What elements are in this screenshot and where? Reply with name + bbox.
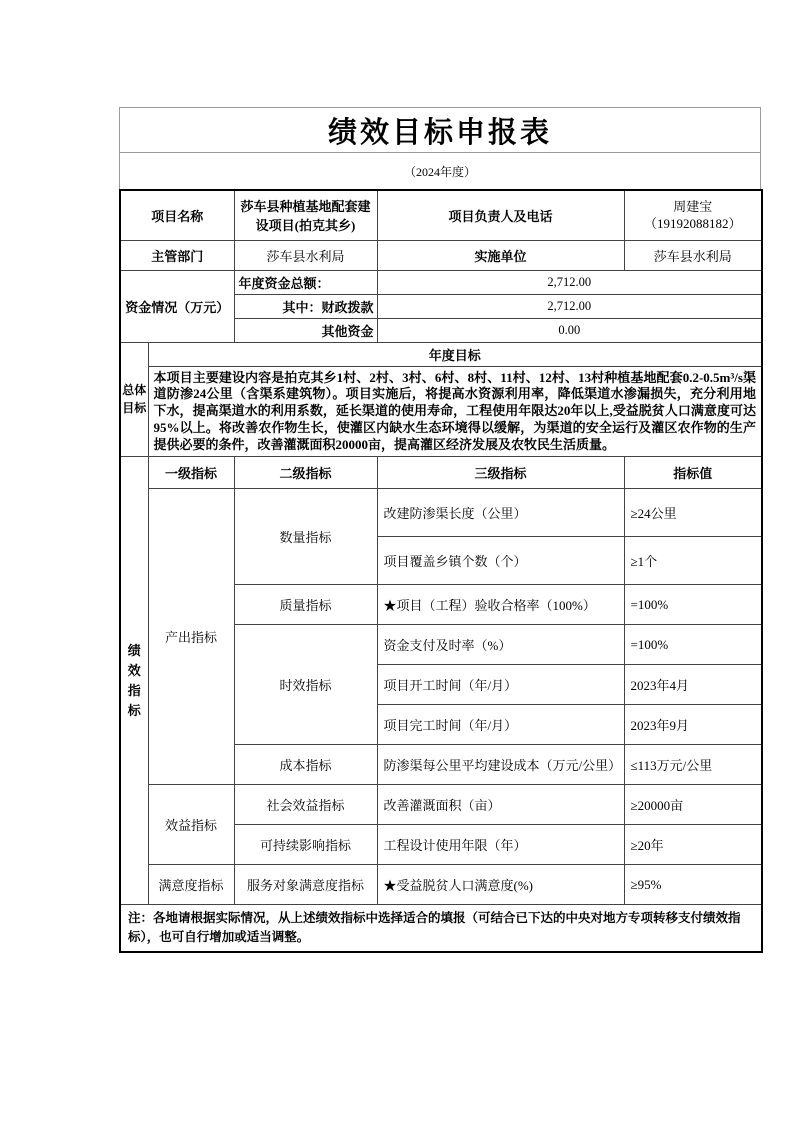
funding-row-total: 资金情况（万元） 年度资金总额： 2,712.00 — [120, 270, 762, 294]
level2-indicator-cell: 成本指标 — [234, 745, 377, 785]
level3-indicator-cell: 项目完工时间（年/月） — [377, 705, 624, 745]
project-name-label: 项目名称 — [120, 190, 234, 240]
indicator-value-cell: ≤113万元/公里 — [624, 745, 762, 785]
level2-indicator-cell: 时效指标 — [234, 625, 377, 745]
level2-indicator-cell: 服务对象满意度指标 — [234, 865, 377, 905]
annual-goal-header: 年度目标 — [148, 342, 762, 366]
indicator-value-cell: ≥24公里 — [624, 489, 762, 537]
fiscal-allocation-label: 其中：财政拨款 — [234, 294, 377, 318]
indicator-value-header: 指标值 — [624, 457, 762, 489]
fiscal-allocation-value: 2,712.00 — [377, 294, 762, 318]
project-name-row: 项目名称 莎车县种植基地配套建设项目(拍克其乡) 项目负责人及电话 周建宝 （1… — [120, 190, 762, 240]
project-manager-label: 项目负责人及电话 — [377, 190, 624, 240]
implement-unit-value: 莎车县水利局 — [624, 240, 762, 270]
level3-indicator-cell: ★项目（工程）验收合格率（100%） — [377, 585, 624, 625]
performance-indicator-side-label: 绩效指标 — [120, 457, 148, 905]
page: { "page": { "title": "绩效目标申报表", "year": … — [0, 0, 793, 1122]
indicator-row: 产出指标 数量指标 改建防渗渠长度（公里） ≥24公里 — [120, 489, 762, 537]
note-text: 注：各地请根据实际情况，从上述绩效指标中选择适合的填报（可结合已下达的中央对地方… — [120, 905, 762, 952]
department-value: 莎车县水利局 — [234, 240, 377, 270]
indicator-row: 满意度指标 服务对象满意度指标 ★受益脱贫人口满意度(%) ≥95% — [120, 865, 762, 905]
level2-indicator-cell: 可持续影响指标 — [234, 825, 377, 865]
declaration-table: 项目名称 莎车县种植基地配套建设项目(拍克其乡) 项目负责人及电话 周建宝 （1… — [119, 189, 763, 953]
declaration-form: 绩效目标申报表 （2024年度） 项目名称 莎车县种植基地配套建设项目(拍克其乡… — [119, 107, 761, 953]
annual-total-value: 2,712.00 — [377, 270, 762, 294]
level3-indicator-cell: 资金支付及时率（%） — [377, 625, 624, 665]
level1-indicator-header: 一级指标 — [148, 457, 234, 489]
other-funds-label: 其他资金 — [234, 318, 377, 342]
funding-section-label: 资金情况（万元） — [120, 270, 234, 342]
annual-goal-text: 本项目主要建设内容是拍克其乡1村、2村、3村、6村、8村、11村、12村、13村… — [148, 366, 762, 457]
form-title: 绩效目标申报表 — [120, 108, 760, 153]
indicator-value-cell: ≥20000亩 — [624, 785, 762, 825]
indicator-value-cell: ≥20年 — [624, 825, 762, 865]
form-year: （2024年度） — [120, 153, 760, 189]
level1-indicator-cell: 产出指标 — [148, 489, 234, 785]
level3-indicator-header: 三级指标 — [377, 457, 624, 489]
indicator-header-row: 绩效指标 一级指标 二级指标 三级指标 指标值 — [120, 457, 762, 489]
level3-indicator-cell: 改建防渗渠长度（公里） — [377, 489, 624, 537]
level3-indicator-cell: 项目开工时间（年/月） — [377, 665, 624, 705]
level2-indicator-cell: 质量指标 — [234, 585, 377, 625]
project-manager-value: 周建宝 （19192088182） — [624, 190, 762, 240]
overall-goal-side-label: 总体目标 — [120, 342, 148, 457]
level2-indicator-header: 二级指标 — [234, 457, 377, 489]
level1-indicator-cell: 效益指标 — [148, 785, 234, 865]
level3-indicator-cell: 项目覆盖乡镇个数（个） — [377, 537, 624, 585]
note-row: 注：各地请根据实际情况，从上述绩效指标中选择适合的填报（可结合已下达的中央对地方… — [120, 905, 762, 952]
annual-total-label: 年度资金总额： — [234, 270, 377, 294]
department-row: 主管部门 莎车县水利局 实施单位 莎车县水利局 — [120, 240, 762, 270]
manager-name: 周建宝 — [628, 198, 759, 216]
level2-indicator-cell: 社会效益指标 — [234, 785, 377, 825]
level3-indicator-cell: 改善灌溉面积（亩） — [377, 785, 624, 825]
level3-indicator-cell: 防渗渠每公里平均建设成本（万元/公里） — [377, 745, 624, 785]
level3-indicator-cell: ★受益脱贫人口满意度(%) — [377, 865, 624, 905]
indicator-value-cell: ≥95% — [624, 865, 762, 905]
title-block: 绩效目标申报表 （2024年度） — [119, 107, 761, 189]
project-name-value: 莎车县种植基地配套建设项目(拍克其乡) — [234, 190, 377, 240]
indicator-value-cell: =100% — [624, 625, 762, 665]
indicator-value-cell: =100% — [624, 585, 762, 625]
implement-unit-label: 实施单位 — [377, 240, 624, 270]
indicator-value-cell: 2023年9月 — [624, 705, 762, 745]
indicator-value-cell: ≥1个 — [624, 537, 762, 585]
indicator-value-cell: 2023年4月 — [624, 665, 762, 705]
annual-goal-header-row: 总体目标 年度目标 — [120, 342, 762, 366]
level1-indicator-cell: 满意度指标 — [148, 865, 234, 905]
level3-indicator-cell: 工程设计使用年限（年） — [377, 825, 624, 865]
indicator-row: 效益指标 社会效益指标 改善灌溉面积（亩） ≥20000亩 — [120, 785, 762, 825]
department-label: 主管部门 — [120, 240, 234, 270]
annual-goal-text-row: 本项目主要建设内容是拍克其乡1村、2村、3村、6村、8村、11村、12村、13村… — [120, 366, 762, 457]
level2-indicator-cell: 数量指标 — [234, 489, 377, 585]
manager-phone: （19192088182） — [628, 215, 759, 233]
other-funds-value: 0.00 — [377, 318, 762, 342]
